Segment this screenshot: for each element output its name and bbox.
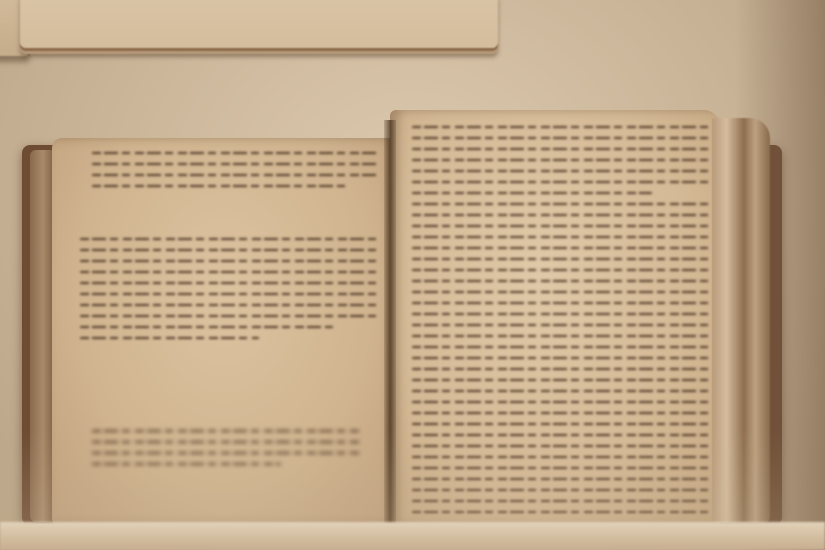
left-page-text-top	[92, 152, 377, 196]
closed-book-pages	[20, 0, 498, 48]
case-side-shadow	[735, 0, 825, 550]
museum-case-background: Open antique manuscript with handwritten…	[0, 0, 825, 550]
display-case-edge	[0, 522, 825, 550]
left-page-text-middle	[80, 238, 378, 348]
bottom-blur-overlay	[0, 430, 825, 525]
closed-book	[0, 0, 508, 68]
